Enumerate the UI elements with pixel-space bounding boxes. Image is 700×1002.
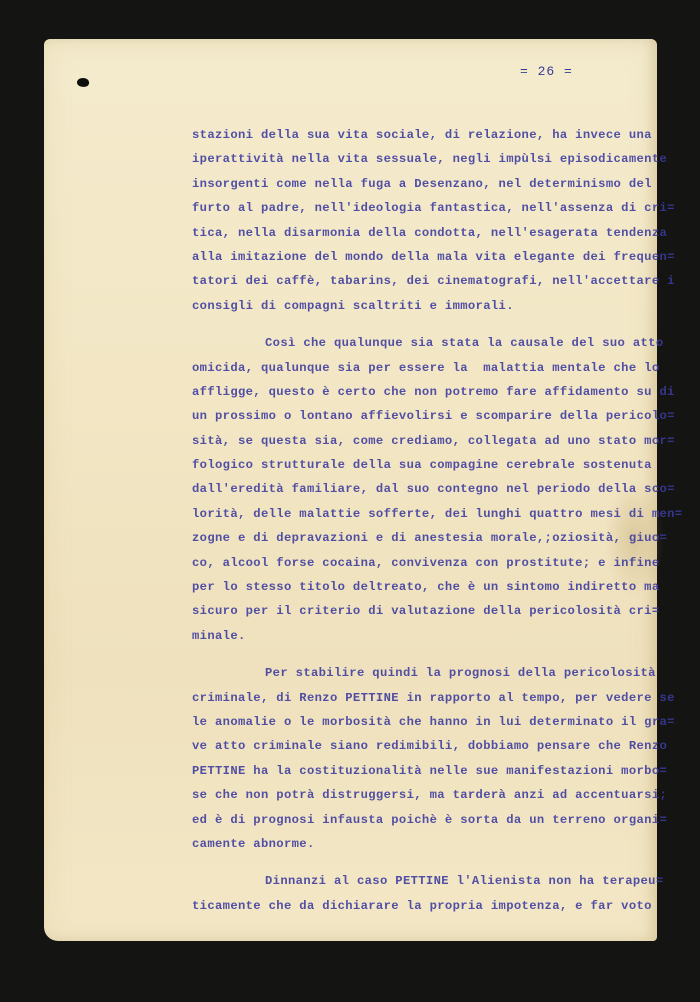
paragraph: Così che qualunque sia stata la causale … xyxy=(192,334,662,651)
text-line: per lo stesso titolo deltreato, che è un… xyxy=(192,578,662,602)
text-line: tica, nella disarmonia della condotta, n… xyxy=(192,224,662,248)
text-line: iperattività nella vita sessuale, negli … xyxy=(192,150,662,174)
text-line: dall'eredità familiare, dal suo contegno… xyxy=(192,480,662,504)
text-line: ve atto criminale siano redimibili, dobb… xyxy=(192,737,662,761)
text-line: alla imitazione del mondo della mala vit… xyxy=(192,248,662,272)
text-line: co, alcool forse cocaina, convivenza con… xyxy=(192,554,662,578)
text-line: se che non potrà distruggersi, ma tarder… xyxy=(192,786,662,810)
paragraph: Dinnanzi al caso PETTINE l'Alienista non… xyxy=(192,872,662,921)
text-line: fologico strutturale della sua compagine… xyxy=(192,456,662,480)
text-line: omicida, qualunque sia per essere la mal… xyxy=(192,359,662,383)
text-line: affligge, questo è certo che non potremo… xyxy=(192,383,662,407)
paragraph: stazioni della sua vita sociale, di rela… xyxy=(192,126,662,321)
text-line: sicuro per il criterio di valutazione de… xyxy=(192,602,662,626)
text-line: ed è di prognosi infausta poichè è sorta… xyxy=(192,811,662,835)
text-line: PETTINE ha la costituzionalità nelle sue… xyxy=(192,762,662,786)
text-line: tatori dei caffè, tabarins, dei cinemato… xyxy=(192,272,662,296)
text-line: un prossimo o lontano affievolirsi e sco… xyxy=(192,407,662,431)
text-line: zogne e di depravazioni e di anestesia m… xyxy=(192,529,662,553)
text-line: minale. xyxy=(192,627,662,651)
text-line: insorgenti come nella fuga a Desenzano, … xyxy=(192,175,662,199)
typewritten-body: stazioni della sua vita sociale, di rela… xyxy=(192,126,662,921)
text-line: stazioni della sua vita sociale, di rela… xyxy=(192,126,662,150)
text-line: furto al padre, nell'ideologia fantastic… xyxy=(192,199,662,223)
paragraph: Per stabilire quindi la prognosi della p… xyxy=(192,664,662,859)
page-number: = 26 = xyxy=(520,64,573,79)
text-line: consigli di compagni scaltriti e immoral… xyxy=(192,297,662,321)
text-line: lorità, delle malattie sofferte, dei lun… xyxy=(192,505,662,529)
text-line: ticamente che da dichiarare la propria i… xyxy=(192,897,662,921)
text-line: sità, se questa sia, come crediamo, coll… xyxy=(192,432,662,456)
text-line: Così che qualunque sia stata la causale … xyxy=(192,334,662,358)
text-line: camente abnorme. xyxy=(192,835,662,859)
text-line: le anomalie o le morbosità che hanno in … xyxy=(192,713,662,737)
text-line: Dinnanzi al caso PETTINE l'Alienista non… xyxy=(192,872,662,896)
text-line: Per stabilire quindi la prognosi della p… xyxy=(192,664,662,688)
text-line: criminale, di Renzo PETTINE in rapporto … xyxy=(192,689,662,713)
